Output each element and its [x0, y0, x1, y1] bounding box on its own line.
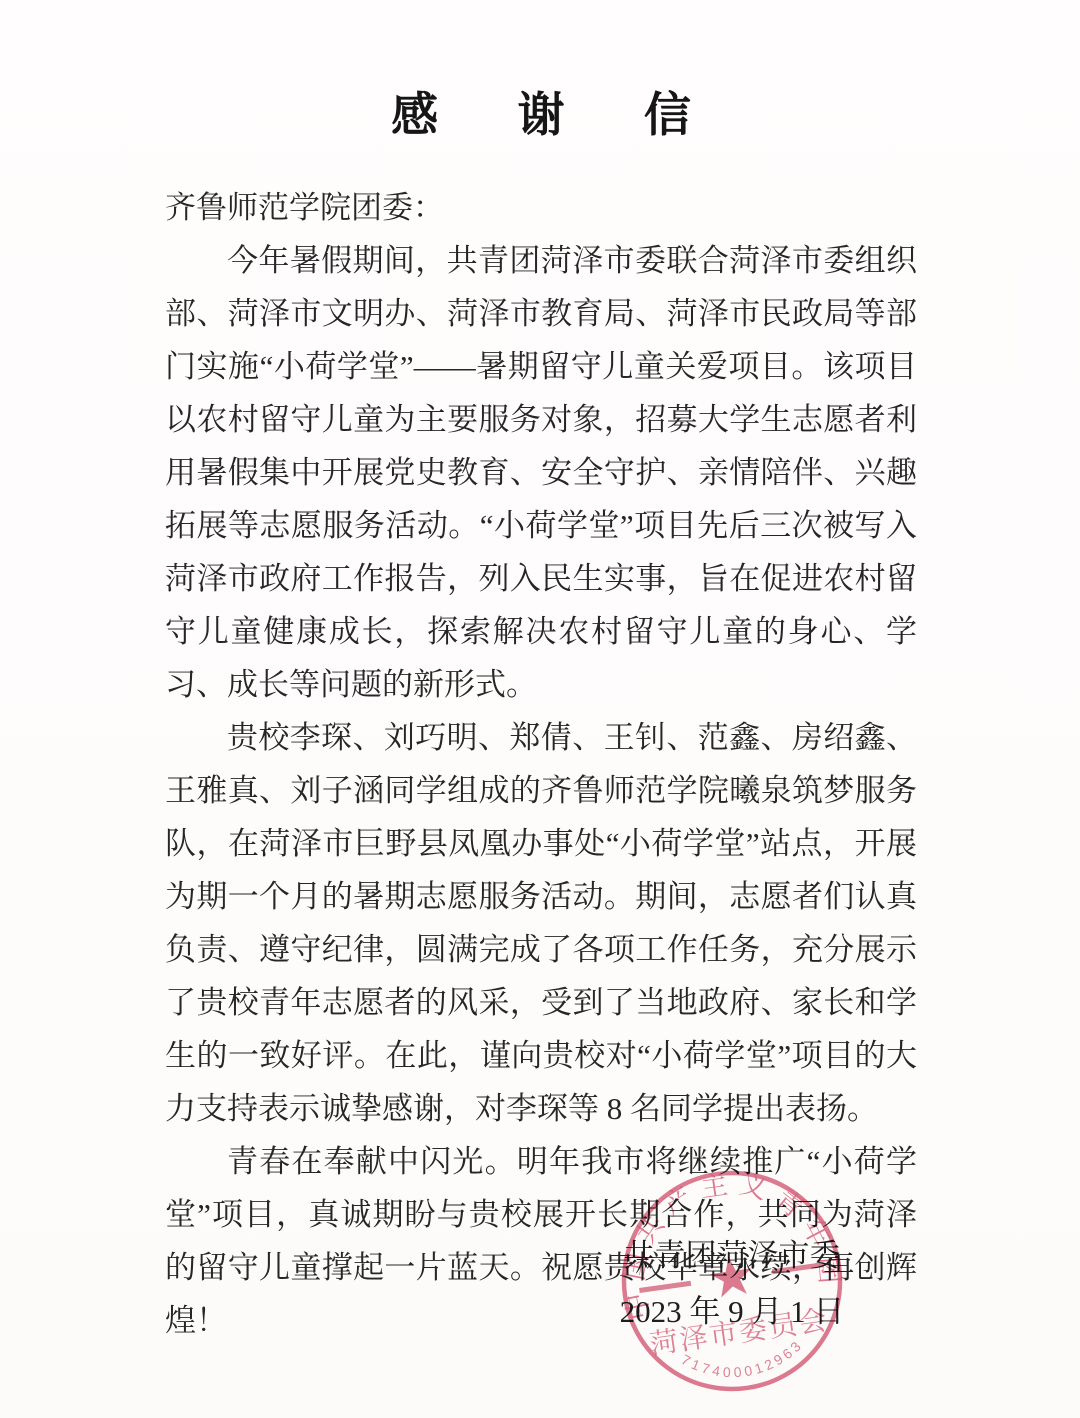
paragraph-project-intro: 今年暑假期间，共青团菏泽市委联合菏泽市委组织部、菏泽市文明办、菏泽市教育局、菏泽…: [165, 234, 917, 711]
signature-organization: 共青团菏泽市委: [612, 1228, 852, 1284]
salutation: 齐鲁师范学院团委：: [165, 181, 917, 234]
letter-page: 感 谢 信 齐鲁师范学院团委： 今年暑假期间，共青团菏泽市委联合菏泽市委组织部、…: [0, 0, 1080, 1418]
letter-title: 感 谢 信: [165, 78, 917, 145]
letter-body: 感 谢 信 齐鲁师范学院团委： 今年暑假期间，共青团菏泽市委联合菏泽市委组织部、…: [165, 0, 917, 1347]
paragraph-volunteer-team: 贵校李琛、刘巧明、郑倩、王钊、范鑫、房绍鑫、王雅真、刘子涵同学组成的齐鲁师范学院…: [165, 711, 917, 1135]
signature-block: 共青团菏泽市委 2023 年 9 月 1 日: [612, 1228, 852, 1340]
signature-date: 2023 年 9 月 1 日: [612, 1284, 852, 1340]
